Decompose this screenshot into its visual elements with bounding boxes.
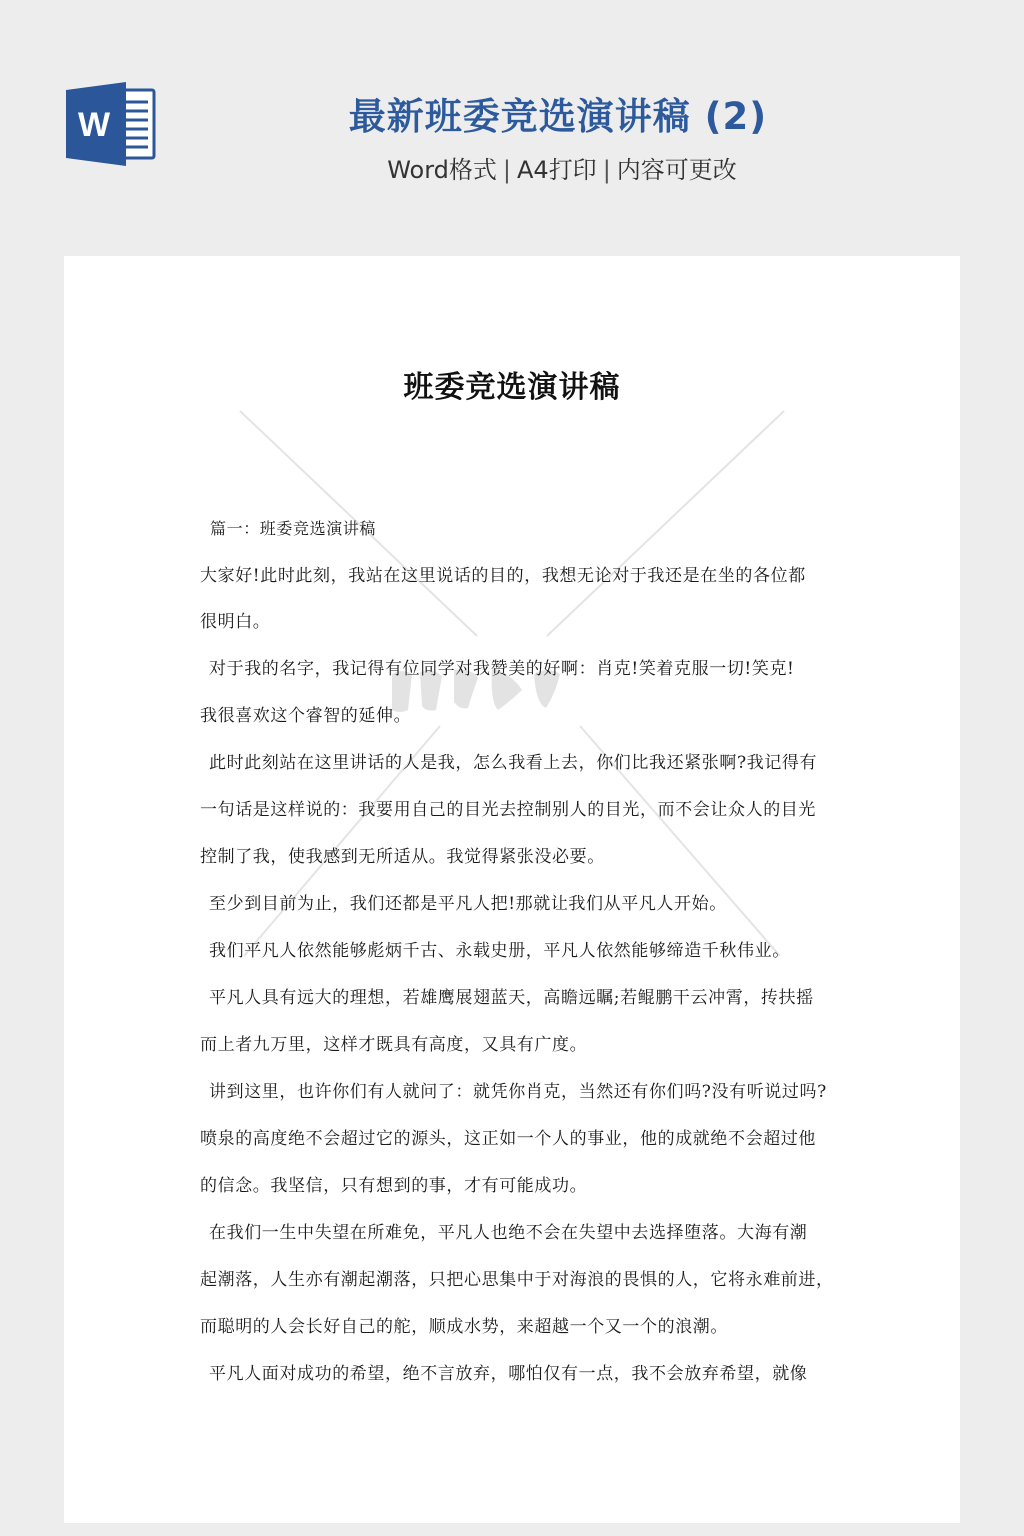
paragraph-line: 讲到这里，也许你们有人就问了：就凭你肖克，当然还有你们吗?没有听说过吗?	[209, 1080, 849, 1104]
paragraph-line: 一句话是这样说的：我要用自己的目光去控制别人的目光，而不会让众人的目光	[200, 798, 840, 822]
paragraph-line: 我们平凡人依然能够彪炳千古、永载史册，平凡人依然能够缔造千秋伟业。	[209, 939, 849, 963]
paragraph-line: 我很喜欢这个睿智的延伸。	[200, 704, 840, 728]
subtitle-format: Word格式	[387, 156, 497, 184]
paragraph-line: 对于我的名字，我记得有位同学对我赞美的好啊：肖克!笑着克服一切!笑克!	[209, 657, 849, 681]
subtitle-print: A4打印	[517, 156, 597, 184]
document-page: 班委竞选演讲稿 篇一：班委竞选演讲稿 大家好!此时此刻，我站在这里说话的目的，我…	[64, 256, 960, 1523]
banner-title: 最新班委竞选演讲稿 (2)	[0, 92, 1024, 142]
banner-subtitle: Word格式|A4打印|内容可更改	[0, 152, 1024, 188]
paragraph-line: 大家好!此时此刻，我站在这里说话的目的，我想无论对于我还是在坐的各位都	[200, 564, 840, 588]
paragraph-line: 至少到目前为止，我们还都是平凡人把!那就让我们从平凡人开始。	[209, 892, 849, 916]
paragraph-line: 控制了我，使我感到无所适从。我觉得紧张没必要。	[200, 845, 840, 869]
paragraph-line: 的信念。我坚信，只有想到的事，才有可能成功。	[200, 1174, 840, 1198]
paragraph-line: 而上者九万里，这样才既具有高度，又具有广度。	[200, 1033, 840, 1057]
paragraph-line: 很明白。	[200, 610, 840, 634]
subtitle-separator: |	[503, 156, 511, 184]
banner-header: W 最新班委竞选演讲稿 (2) Word格式|A4打印|内容可更改	[0, 0, 1024, 256]
paragraph-line: 起潮落，人生亦有潮起潮落，只把心思集中于对海浪的畏惧的人，它将永难前进，	[200, 1268, 840, 1292]
subtitle-separator: |	[603, 156, 611, 184]
paragraph-line: 平凡人面对成功的希望，绝不言放弃，哪怕仅有一点，我不会放弃希望，就像	[209, 1362, 849, 1386]
paragraph-line: 喷泉的高度绝不会超过它的源头，这正如一个人的事业，他的成就绝不会超过他	[200, 1127, 840, 1151]
subtitle-editable: 内容可更改	[617, 156, 737, 184]
paragraph-line: 在我们一生中失望在所难免，平凡人也绝不会在失望中去选择堕落。大海有潮	[209, 1221, 849, 1245]
document-title: 班委竞选演讲稿	[64, 368, 960, 408]
paragraph-line: 而聪明的人会长好自己的舵，顺成水势，来超越一个又一个的浪潮。	[200, 1315, 840, 1339]
section-heading: 篇一：班委竞选演讲稿	[210, 517, 850, 541]
paragraph-line: 此时此刻站在这里讲话的人是我，怎么我看上去，你们比我还紧张啊?我记得有	[209, 751, 849, 775]
paragraph-line: 平凡人具有远大的理想，若雄鹰展翅蓝天，高瞻远瞩;若鲲鹏干云冲霄，抟扶摇	[209, 986, 849, 1010]
